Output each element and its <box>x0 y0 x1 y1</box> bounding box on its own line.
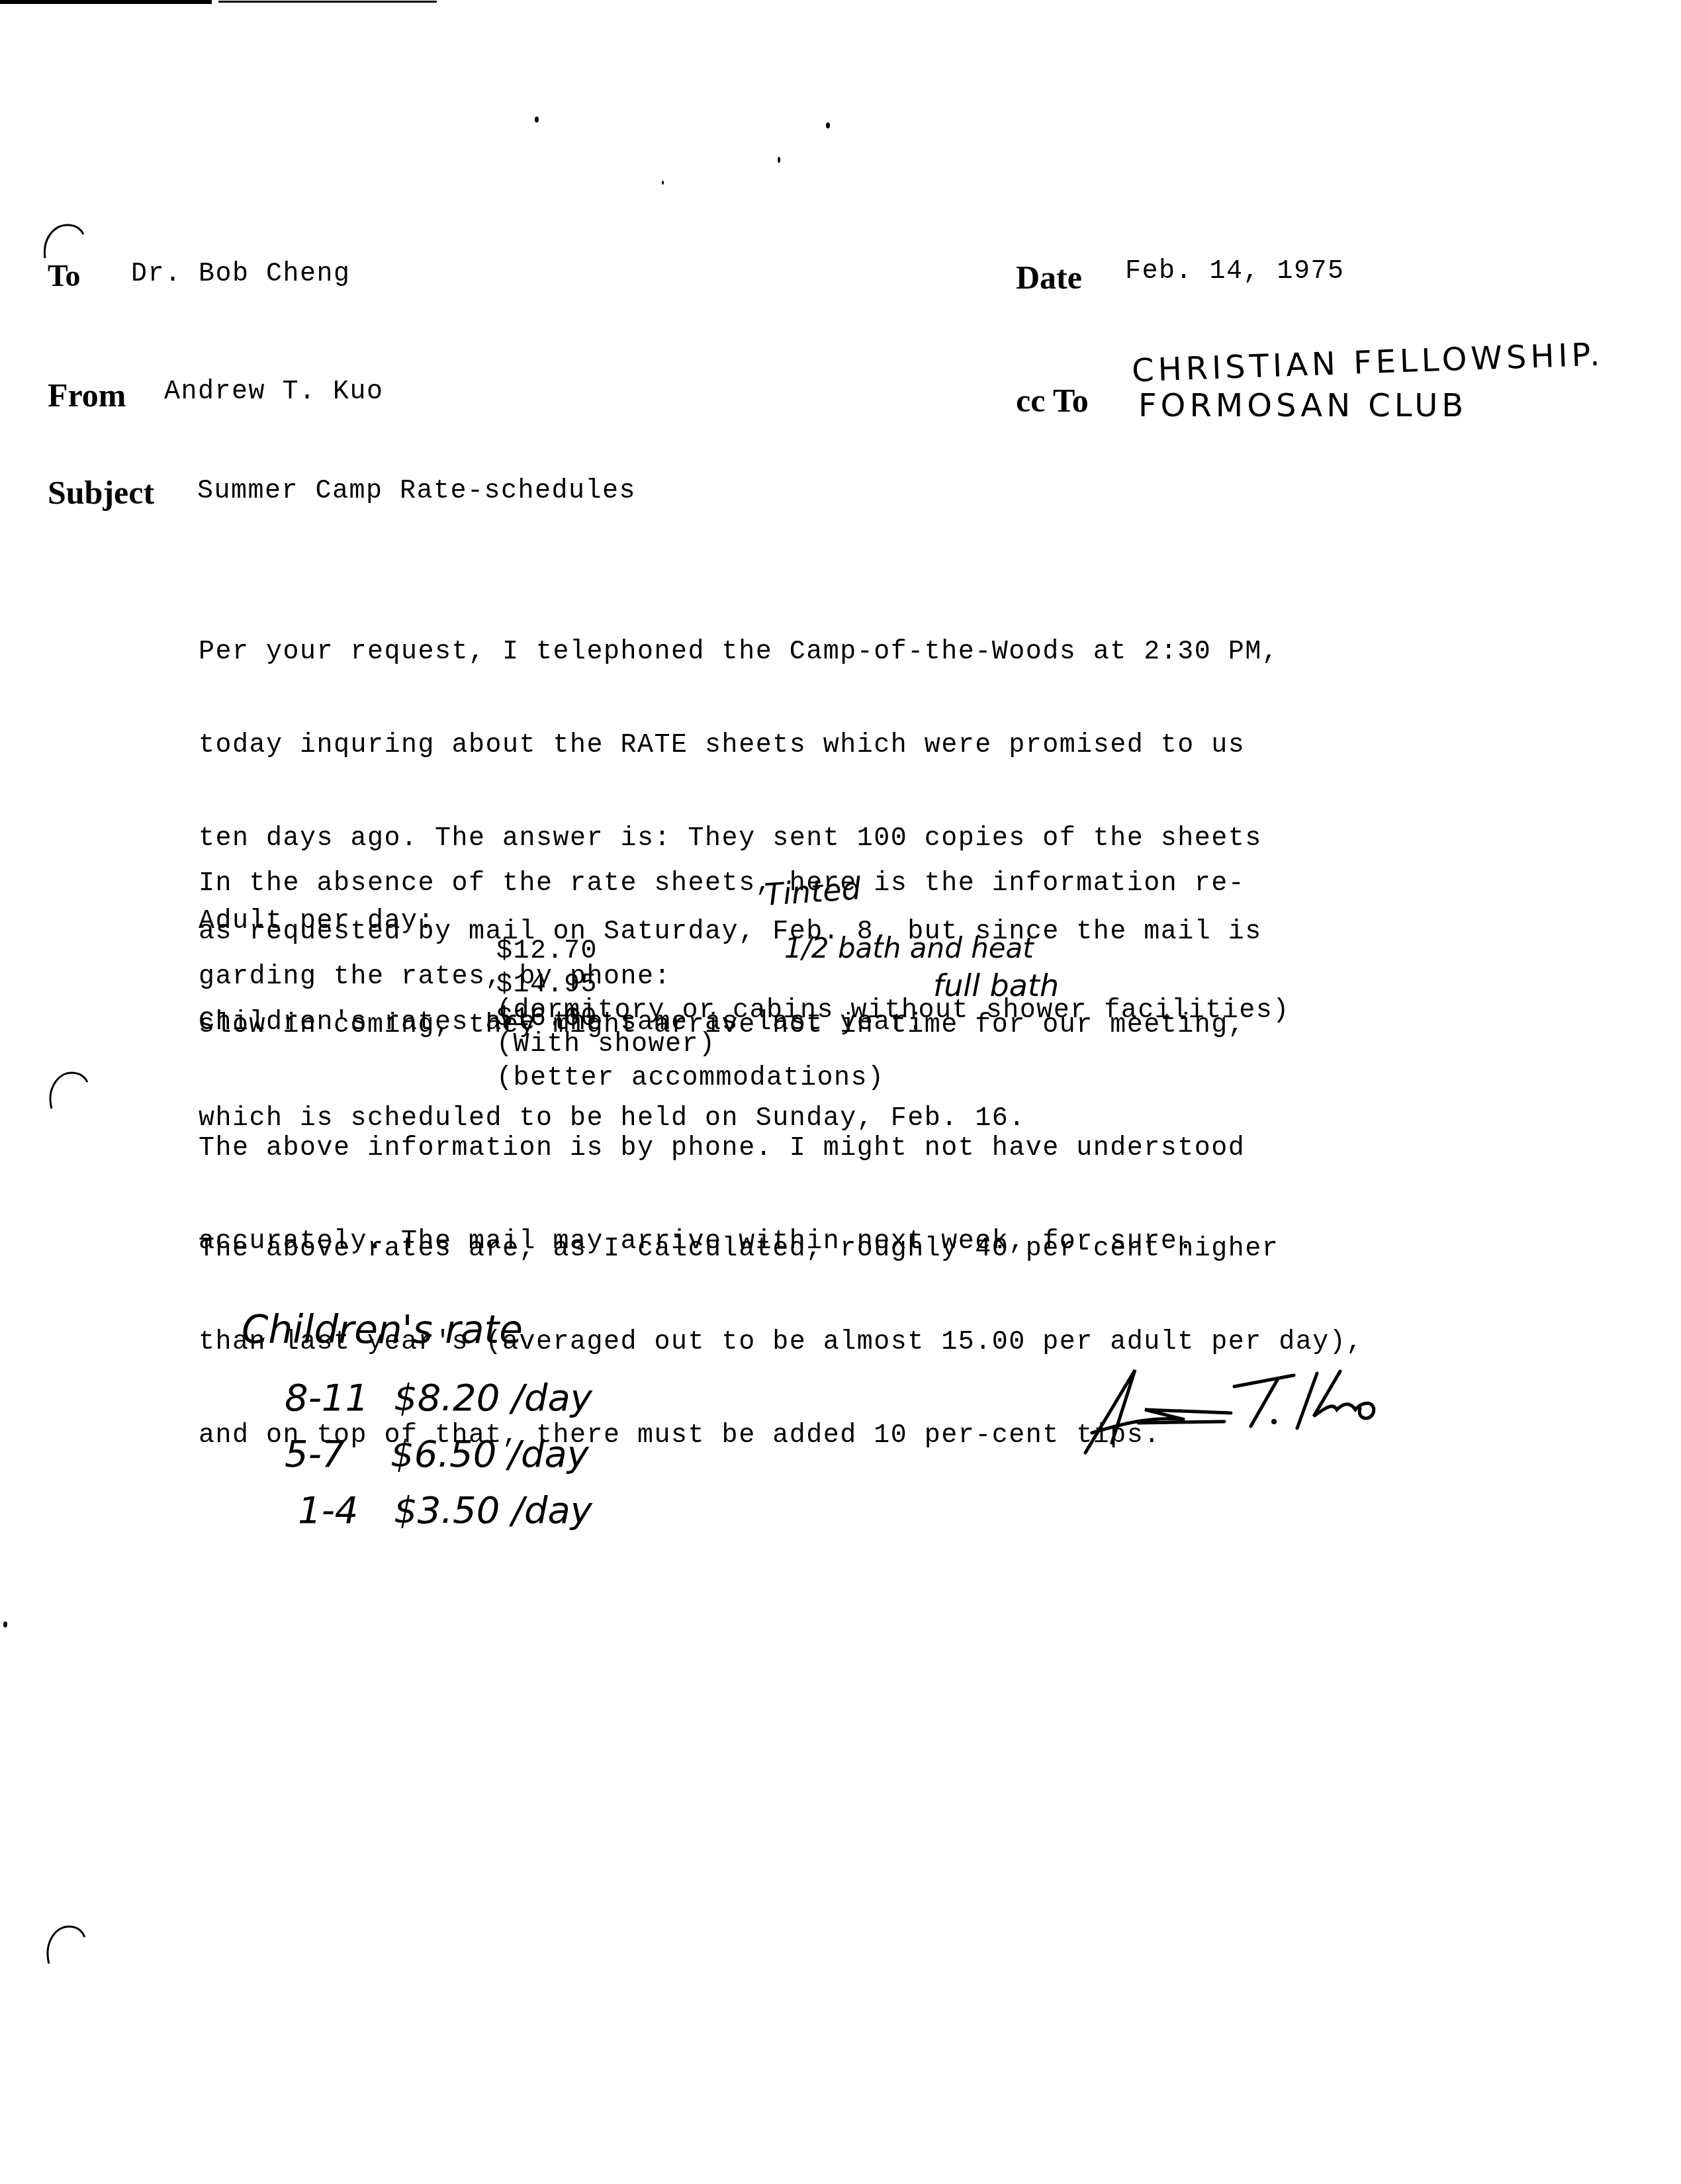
scan-edge-mark <box>0 0 212 4</box>
punch-hole-mark <box>45 1069 91 1115</box>
handwritten-note-full-bath: full bath <box>933 968 1059 1003</box>
text-line: The above rates are, as I calculated, ro… <box>199 1232 1363 1266</box>
date-value: Feb. 14, 1975 <box>1125 257 1345 287</box>
signature <box>1072 1343 1535 1463</box>
handwritten-age-range: 8-11 <box>285 1377 369 1420</box>
handwritten-note-half-bath: 1/2 bath and heat <box>784 932 1034 964</box>
subject-label: Subject <box>48 473 154 512</box>
handwritten-age-range: 1-4 <box>298 1489 358 1532</box>
handwritten-age-range: 5-7 <box>285 1433 345 1476</box>
adult-rate-label: Adult per day: <box>199 907 435 936</box>
text-line: Per your request, I telephoned the Camp-… <box>199 635 1279 669</box>
text-line: The above information is by phone. I mig… <box>199 1132 1245 1165</box>
to-label: To <box>48 258 80 293</box>
to-value: Dr. Bob Cheng <box>131 259 351 289</box>
handwritten-children-rate-title: Children's rate <box>242 1307 523 1352</box>
speck <box>778 157 780 163</box>
speck <box>826 122 830 128</box>
cc-handwritten-line-1: CHRISTIAN FELLOWSHIP. <box>1131 336 1604 390</box>
handwritten-rate: $3.50 /day <box>394 1489 592 1532</box>
text-line: today inquring about the RATE sheets whi… <box>199 729 1279 762</box>
cc-handwritten-line-2: FORMOSAN CLUB <box>1138 387 1467 424</box>
handwritten-rate: $6.50 /day <box>390 1433 589 1476</box>
speck <box>3 1621 7 1627</box>
punch-hole-mark <box>42 1923 89 1969</box>
date-label: Date <box>1016 258 1082 296</box>
handwritten-rate: $8.20 /day <box>394 1377 592 1420</box>
from-value: Andrew T. Kuo <box>164 377 384 407</box>
scan-edge-mark <box>218 1 437 3</box>
children-rates-line: Children's rates are the same as last ye… <box>199 1008 925 1038</box>
memo-page: To Dr. Bob Cheng Date Feb. 14, 1975 From… <box>0 0 1681 2184</box>
from-label: From <box>48 376 126 414</box>
speck <box>662 181 664 185</box>
text-line: In the absence of the rate sheets, here … <box>199 867 1245 901</box>
subject-value: Summer Camp Rate-schedules <box>197 477 636 506</box>
cc-label: cc To <box>1016 381 1089 420</box>
speck <box>535 116 539 122</box>
